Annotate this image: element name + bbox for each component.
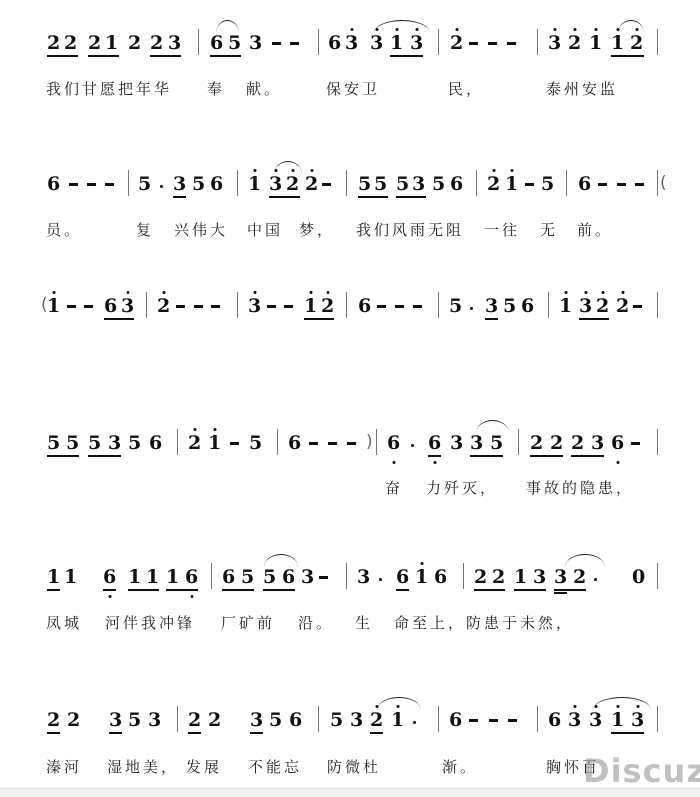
dash	[508, 719, 517, 722]
note: 6	[210, 32, 223, 54]
note: 3	[248, 295, 261, 317]
barline	[346, 170, 347, 196]
barline	[657, 292, 658, 318]
lyric: 河伴我冲锋	[105, 612, 195, 633]
note: 6	[210, 173, 223, 195]
note: 2	[157, 295, 170, 317]
dash	[67, 305, 76, 308]
note: 3	[589, 709, 602, 731]
note: 6	[428, 432, 441, 454]
note: 5	[192, 173, 205, 195]
note: 3	[470, 432, 483, 454]
note: 6	[521, 295, 534, 317]
lyric: 事故的隐患，	[526, 477, 634, 498]
dot	[413, 721, 416, 724]
note: 5	[249, 432, 262, 454]
dash	[395, 305, 404, 308]
dash	[309, 442, 318, 445]
note: 2	[630, 32, 643, 54]
dash	[84, 305, 93, 308]
barline	[518, 429, 519, 455]
dot	[470, 307, 473, 310]
note: 2	[568, 32, 581, 54]
note: 3	[548, 32, 561, 54]
note: 2	[596, 295, 609, 317]
barline	[657, 563, 658, 589]
lyric: 一往	[484, 219, 520, 240]
barline	[537, 29, 538, 55]
note: 2	[67, 709, 80, 731]
note: 2	[150, 32, 163, 54]
page-footer-strip	[0, 788, 700, 797]
dash	[322, 183, 331, 186]
dash	[631, 442, 640, 445]
note: 2	[573, 566, 586, 588]
lyric: 厂矿前	[221, 612, 275, 633]
dash	[469, 42, 478, 45]
dash	[319, 576, 328, 579]
lyric: 发展	[186, 756, 222, 777]
dash	[328, 442, 337, 445]
note: 1	[47, 295, 60, 317]
note: 1	[105, 32, 118, 54]
note: 6	[396, 566, 409, 588]
notation-line: 2 2 3 5 3 2 2 3 5 6 5 3 2 1 6 6 3 3 1 3	[0, 709, 700, 739]
barline	[548, 292, 549, 318]
barline	[476, 170, 477, 196]
note: 5	[128, 432, 141, 454]
note: 5	[47, 432, 60, 454]
note: 2	[571, 432, 584, 454]
note: 6	[185, 566, 198, 588]
note: 3	[269, 173, 282, 195]
dash	[413, 305, 422, 308]
note: 3	[450, 432, 463, 454]
lyrics-line: 奋 力歼灭， 事故的隐患，	[0, 477, 700, 499]
dash	[284, 305, 293, 308]
note: 2	[550, 432, 563, 454]
lyric: 前。	[577, 219, 613, 240]
note: 1	[391, 709, 404, 731]
note: 1	[64, 566, 77, 588]
lyric: 奉	[207, 78, 225, 99]
note: 3	[410, 32, 423, 54]
lyric: 复	[136, 219, 154, 240]
note: 3	[108, 432, 121, 454]
note: 5	[228, 32, 241, 54]
note: 3	[121, 295, 134, 317]
lyric: 保安卫	[326, 78, 380, 99]
note: 6	[449, 709, 462, 731]
note: 3	[148, 709, 161, 731]
note: 3	[168, 32, 181, 54]
note: 5	[432, 173, 445, 195]
note: 2	[616, 295, 629, 317]
barline	[537, 706, 538, 732]
dot	[411, 444, 414, 447]
lyric: 沿。	[298, 612, 334, 633]
barline	[177, 429, 178, 455]
notation-line: 5 5 5 3 5 6 2 1 5 6 ) 6 6 3 3 5 2 2 2 3	[0, 432, 700, 462]
lyrics-line: 凤城 河伴我冲锋 厂矿前 沿。 生 命至上，防患于未然，	[0, 612, 700, 634]
barline	[146, 292, 147, 318]
dash	[635, 183, 644, 186]
discuz-watermark: Discuz!	[583, 752, 700, 790]
note: 5	[449, 295, 462, 317]
note: 5	[358, 173, 371, 195]
lyric: 溱河	[46, 756, 82, 777]
notation-line: 6 5 3 5 6 1 3 2 2 5 5 5 3 5 6 2 1 5 6	[0, 173, 700, 203]
dash	[272, 42, 281, 45]
note: 6	[282, 566, 295, 588]
note: 1	[47, 566, 60, 588]
note: 1	[611, 709, 624, 731]
note: 5	[88, 432, 101, 454]
lyric: 命至上，防患于未然，	[394, 612, 574, 633]
note: 2	[321, 295, 334, 317]
note: 3	[370, 32, 383, 54]
barline	[463, 563, 464, 589]
note: 1	[559, 295, 572, 317]
note: 1	[166, 566, 179, 588]
dash	[469, 719, 478, 722]
note: 3	[301, 566, 314, 588]
note: 1	[248, 173, 261, 195]
lyric: 员。	[46, 219, 82, 240]
note: 5	[263, 566, 276, 588]
note: 3	[485, 295, 498, 317]
note: 3	[591, 432, 604, 454]
note: 0	[632, 566, 645, 588]
notation-line: 2 2 2 1 2 2 3 6 5 3 6 3 3 1 3 2 3 2 1 1	[0, 32, 700, 62]
dash	[598, 183, 607, 186]
note: 3	[345, 32, 358, 54]
dash	[525, 183, 534, 186]
dash	[488, 42, 497, 45]
note: 5	[396, 173, 409, 195]
repeat-paren: (	[660, 173, 667, 193]
note: 2	[286, 173, 299, 195]
barline	[438, 292, 439, 318]
note: 1	[390, 32, 403, 54]
lyric: 力歼灭，	[426, 477, 498, 498]
note: 3	[173, 173, 186, 195]
note: 1	[589, 32, 602, 54]
note: 3	[579, 295, 592, 317]
note: 2	[370, 709, 383, 731]
note: 6	[328, 32, 341, 54]
note: 1	[128, 566, 141, 588]
note: 5	[128, 709, 141, 731]
barline	[211, 563, 212, 589]
note: 5	[541, 173, 554, 195]
note: 2	[188, 432, 201, 454]
lyrics-line: 我们甘愿把年华 奉 献。 保安卫 民， 泰州安监	[0, 78, 700, 100]
note: 6	[434, 566, 447, 588]
dash	[211, 305, 220, 308]
note: 1	[514, 566, 527, 588]
dash	[507, 42, 516, 45]
dash	[230, 442, 239, 445]
lyric: 湿地美，	[107, 756, 179, 777]
note: 6	[289, 709, 302, 731]
note: 5	[490, 432, 503, 454]
note: 6	[611, 432, 624, 454]
barline	[237, 170, 238, 196]
notation-line: ( 1 6 3 2 3 1 2 6 5 3 5 6 1 3 2 2	[0, 295, 700, 325]
note: 2	[487, 173, 500, 195]
note: 6	[47, 173, 60, 195]
lyric: 民，	[448, 78, 484, 99]
barline	[237, 292, 238, 318]
lyric: 不能忘	[248, 756, 302, 777]
note: 2	[208, 709, 221, 731]
note: 2	[530, 432, 543, 454]
note: 3	[350, 709, 363, 731]
note: 5	[374, 173, 387, 195]
note: 2	[47, 709, 60, 731]
barline	[657, 429, 658, 455]
dash	[176, 305, 185, 308]
note: 6	[548, 709, 561, 731]
lyric: 我们甘愿把年华	[46, 78, 172, 99]
barline	[277, 429, 278, 455]
note: 1	[611, 32, 624, 54]
lyric: 我们风雨无阻	[356, 219, 464, 240]
lyric: 献。	[246, 78, 282, 99]
note: 6	[578, 173, 591, 195]
note: 3	[568, 709, 581, 731]
lyric: 兴伟大	[174, 219, 228, 240]
note: 2	[64, 32, 77, 54]
note: 6	[288, 432, 301, 454]
lyric: 中国	[247, 219, 283, 240]
lyric: 生	[355, 612, 373, 633]
note: 6	[387, 432, 400, 454]
note: 6	[450, 173, 463, 195]
note: 1	[208, 432, 221, 454]
note: 1	[304, 295, 317, 317]
dot	[160, 185, 163, 188]
note: 3	[357, 566, 370, 588]
barline	[128, 170, 129, 196]
dot	[379, 578, 382, 581]
lyric: 泰州安监	[546, 78, 618, 99]
note: 2	[305, 173, 318, 195]
dot	[594, 578, 597, 581]
dash	[194, 305, 203, 308]
note: 1	[505, 173, 518, 195]
barline	[438, 706, 439, 732]
note: 6	[103, 566, 116, 588]
repeat-paren: )	[366, 432, 373, 452]
barline	[376, 429, 377, 455]
barline	[177, 706, 178, 732]
note: 5	[503, 295, 516, 317]
note: 5	[138, 173, 151, 195]
barline	[346, 563, 347, 589]
dash	[87, 183, 96, 186]
note: 3	[554, 566, 567, 588]
note: 3	[250, 709, 263, 731]
lyric: 防微杜	[327, 756, 381, 777]
note: 3	[631, 709, 644, 731]
note: 6	[149, 432, 162, 454]
note: 2	[128, 32, 141, 54]
dash	[633, 305, 642, 308]
barline	[318, 706, 319, 732]
barline	[198, 29, 199, 55]
note: 2	[47, 32, 60, 54]
note: 5	[241, 566, 254, 588]
note: 2	[88, 32, 101, 54]
lyrics-line: 员。 复 兴伟大 中国 梦， 我们风雨无阻 一往 无 前。	[0, 219, 700, 241]
dash	[489, 719, 498, 722]
note: 5	[269, 709, 282, 731]
notation-line: 1 1 6 1 1 1 6 6 5 5 6 3 3 6 1 6 2 2 1 3	[0, 566, 700, 596]
dash	[69, 183, 78, 186]
barline	[657, 706, 658, 732]
lyric: 凤城	[46, 612, 82, 633]
lyric: 无	[540, 219, 558, 240]
dash	[105, 183, 114, 186]
barline	[318, 29, 319, 55]
barline	[438, 29, 439, 55]
dash	[347, 442, 356, 445]
note: 3	[533, 566, 546, 588]
barline	[346, 292, 347, 318]
note: 1	[146, 566, 159, 588]
lyric: 奋	[385, 477, 403, 498]
barline	[657, 29, 658, 55]
note: 5	[66, 432, 79, 454]
note: 5	[330, 709, 343, 731]
dash	[617, 183, 626, 186]
barline	[657, 170, 658, 196]
note: 2	[474, 566, 487, 588]
note: 6	[104, 295, 117, 317]
dash	[377, 305, 386, 308]
dash	[267, 305, 276, 308]
dash	[290, 42, 299, 45]
note: 2	[450, 32, 463, 54]
note: 3	[412, 173, 425, 195]
note: 2	[492, 566, 505, 588]
note: 2	[188, 709, 201, 731]
note: 3	[109, 709, 122, 731]
lyric: 梦，	[299, 219, 335, 240]
note: 6	[358, 295, 371, 317]
lyric: 渐。	[442, 756, 478, 777]
note: 1	[415, 566, 428, 588]
note: 6	[222, 566, 235, 588]
note: 3	[249, 32, 262, 54]
barline	[566, 170, 567, 196]
